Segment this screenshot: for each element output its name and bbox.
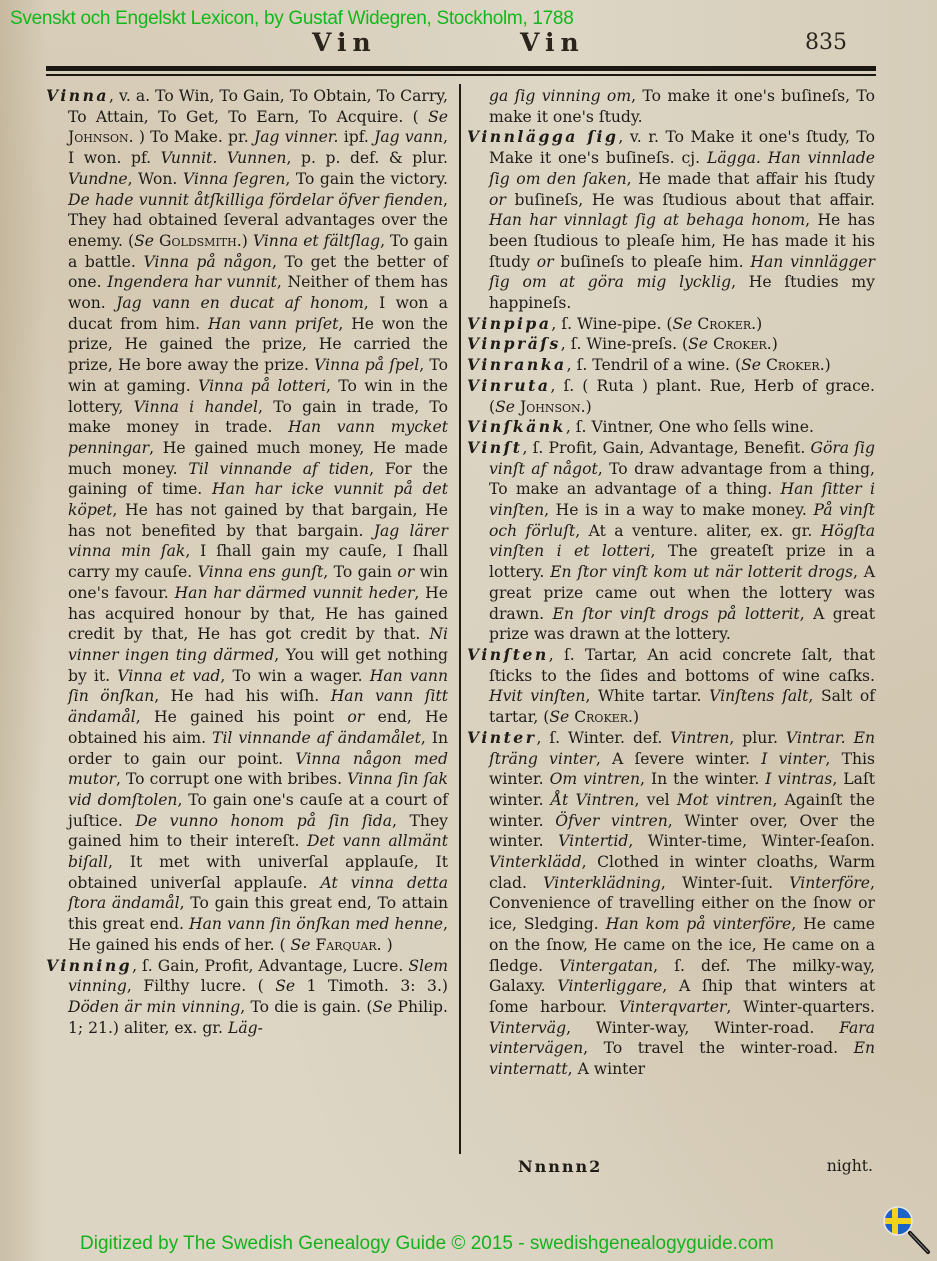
definition-text: , He is in a way to make money. xyxy=(544,501,813,519)
swedish-phrase: Hvit vinſten xyxy=(489,687,585,705)
swedish-phrase: Se xyxy=(741,356,761,374)
definition-text: , ſ. Winter. def. xyxy=(536,729,670,747)
headword: Vinſt xyxy=(467,438,523,457)
headword: Vinna xyxy=(46,86,109,105)
swedish-phrase: Han vann ſin önſkan med henne xyxy=(189,915,443,933)
definition-text: , At a venture. aliter, ex. gr. xyxy=(575,522,820,540)
definition-text: buſineſs, He was ſtudious about that aff… xyxy=(506,191,875,209)
swedish-phrase: De hade vunnit åtſkilliga fördelar öfver… xyxy=(68,191,443,209)
dictionary-entry: Vinpräſs, ſ. Wine-preſs. (Se Croker.) xyxy=(467,334,875,355)
definition-text: , ſ. Gain, Profit, Advantage, Lucre. xyxy=(132,957,408,975)
definition-text: , To gain the victory. xyxy=(285,170,448,188)
swedish-phrase: Ingendera har vunnit xyxy=(107,273,277,291)
swedish-phrase: or xyxy=(397,563,414,581)
headword: Vinter xyxy=(467,728,536,747)
swedish-phrase: Vinterqvarter xyxy=(619,998,726,1016)
headword: Vinning xyxy=(46,956,132,975)
swedish-phrase: or xyxy=(347,708,364,726)
definition-text: , ſ. Profit, Gain, Advantage, Benefit. xyxy=(523,439,811,457)
swedish-phrase: Jag vann xyxy=(374,128,443,146)
definition-text: , To gain xyxy=(323,563,397,581)
swedish-phrase: I vintras xyxy=(765,770,832,788)
reference-source: Farquar. xyxy=(315,936,381,954)
definition-text: , In the winter. xyxy=(640,770,765,788)
reference-source: Croker. xyxy=(713,335,772,353)
definition-text: , Winter-quarters. xyxy=(726,998,875,1016)
magnifier-with-swedish-flag-icon xyxy=(880,1203,932,1255)
swedish-phrase: Läg- xyxy=(228,1019,263,1037)
swedish-phrase: Jag vann en ducat af honom xyxy=(116,294,364,312)
swedish-phrase: Vintertid xyxy=(558,832,628,850)
definition-text: , ſ. Wine-pipe. ( xyxy=(551,315,672,333)
definition-text: ) To Make. pr. xyxy=(134,128,254,146)
swedish-phrase: Vinna på lotteri xyxy=(198,377,326,395)
swedish-phrase: Åt Vintren xyxy=(551,791,635,809)
headword: Vinſten xyxy=(467,645,549,664)
definition-text: , He made that affair his ſtudy xyxy=(627,170,875,188)
swedish-phrase: Vinterföre xyxy=(789,874,870,892)
reference-source: Johnson. xyxy=(68,128,134,146)
headword: Vinpipa xyxy=(467,314,551,333)
swedish-phrase: Vundne xyxy=(68,170,128,188)
swedish-phrase: I vinter xyxy=(761,750,825,768)
definition-text: , He had his wiſh. xyxy=(154,687,330,705)
definition-text: , v. a. To Win, To Gain, To Obtain, To C… xyxy=(68,87,448,126)
dictionary-entry: Vinſten, ſ. Tartar, An acid concrete ſal… xyxy=(467,645,875,728)
right-column: ga ſig vinning om, To make it one's buſi… xyxy=(467,86,875,1080)
swedish-phrase: Vinna ſegren xyxy=(183,170,286,188)
catchword: night. xyxy=(827,1157,873,1175)
reference-source: Croker. xyxy=(697,315,756,333)
swedish-phrase: Vinna et fältſlag xyxy=(253,232,380,250)
swedish-phrase: Se xyxy=(428,108,448,126)
definition-text: , ſ. Vintner, One who ſells wine. xyxy=(566,418,814,436)
dictionary-entry: Vinranka, ſ. Tendril of a wine. (Se Crok… xyxy=(467,355,875,376)
dictionary-entry: Vinruta, ſ. ( Ruta ) plant. Rue, Herb of… xyxy=(467,376,875,417)
definition-text xyxy=(761,149,768,167)
swedish-phrase: Han kom på vinterföre xyxy=(606,915,791,933)
swedish-phrase: Se xyxy=(495,398,515,416)
reference-source: Croker. xyxy=(766,356,825,374)
entry-continuation: ga ſig vinning om, To make it one's buſi… xyxy=(467,86,875,127)
reference-source: Goldsmith. xyxy=(159,232,242,250)
headword: Vinpräſs xyxy=(467,334,561,353)
left-column: Vinna, v. a. To Win, To Gain, To Obtain,… xyxy=(46,86,448,1038)
definition-text: , White tartar. xyxy=(585,687,709,705)
definition-text: , ſ. Wine-preſs. ( xyxy=(561,335,688,353)
definition-text: , To die is gain. ( xyxy=(240,998,372,1016)
swedish-phrase: Han har därmed vunnit heder xyxy=(175,584,415,602)
definition-text: 1 Timoth. 3: 3.) xyxy=(295,977,448,995)
dictionary-entry: Vinter, ſ. Winter. def. Vintren, plur. V… xyxy=(467,728,875,1080)
swedish-phrase: Vintergatan xyxy=(559,957,653,975)
definition-text: , vel xyxy=(635,791,677,809)
swedish-phrase: Lägga. xyxy=(707,149,761,167)
running-head-right: Vin xyxy=(520,28,585,57)
definition-text: ) xyxy=(382,936,393,954)
definition-text: , Winter-ſuit. xyxy=(661,874,789,892)
headword: Vinnlägga ſig xyxy=(467,127,618,146)
swedish-phrase: Vinna på ſpel xyxy=(314,356,419,374)
swedish-phrase: Se xyxy=(275,977,295,995)
definition-text: ) xyxy=(586,398,592,416)
definition-text: , He gained his point xyxy=(136,708,348,726)
swedish-phrase: Vintren xyxy=(670,729,729,747)
definition-text: , A ſevere winter. xyxy=(596,750,761,768)
swedish-phrase: Se xyxy=(134,232,154,250)
swedish-phrase: Vinterklädd xyxy=(489,853,582,871)
definition-text: , To travel the winter-road. xyxy=(583,1039,853,1057)
swedish-phrase: Se xyxy=(688,335,708,353)
definition-text: buſineſs to pleaſe him. xyxy=(554,253,751,271)
definition-text: , plur. xyxy=(729,729,786,747)
definition-text: , p. p. def. & plur. xyxy=(286,149,448,167)
swedish-phrase: Döden är min vinning xyxy=(68,998,240,1016)
swedish-phrase: Vunnit. Vunnen xyxy=(161,149,287,167)
swedish-phrase: Vinna på någon xyxy=(143,253,272,271)
swedish-phrase: Vinterklädning xyxy=(543,874,661,892)
swedish-phrase: or xyxy=(489,191,506,209)
definition-text: , Won. xyxy=(128,170,183,188)
swedish-phrase: Jag vinner. xyxy=(254,128,339,146)
swedish-phrase: Til vinnande af tiden xyxy=(188,460,369,478)
header-rule-thin xyxy=(46,74,876,76)
dictionary-entry: Vinna, v. a. To Win, To Gain, To Obtain,… xyxy=(46,86,448,956)
printer-signature: Nnnnn2 xyxy=(518,1157,602,1176)
definition-text: , A winter xyxy=(568,1060,645,1078)
swedish-phrase: Öfver vintren xyxy=(555,812,668,830)
definition-text: ) xyxy=(242,232,253,250)
definition-text: , To win a wager. xyxy=(220,667,369,685)
swedish-phrase: En ſtor vinſt drogs på lotterit xyxy=(553,605,800,623)
reference-source: Johnson. xyxy=(520,398,586,416)
definition-text: ) xyxy=(633,708,639,726)
page-number: 835 xyxy=(805,30,847,55)
dictionary-entry: Vinpipa, ſ. Wine-pipe. (Se Croker.) xyxy=(467,314,875,335)
definition-text: ) xyxy=(825,356,831,374)
dictionary-entry: Vinſt, ſ. Profit, Gain, Advantage, Benef… xyxy=(467,438,875,645)
reference-source: Croker. xyxy=(574,708,633,726)
swedish-phrase: Vinna i handel xyxy=(134,398,258,416)
definition-text: , ſ. Tendril of a wine. ( xyxy=(567,356,741,374)
header-rule xyxy=(46,66,876,71)
swedish-phrase: Vinna ens gunſt xyxy=(198,563,324,581)
headword: Vinruta xyxy=(467,376,550,395)
digitizer-footer: Digitized by The Swedish Genealogy Guide… xyxy=(80,1233,774,1255)
running-head-left: Vin xyxy=(312,28,377,57)
swedish-phrase: Han vann priſet xyxy=(208,315,338,333)
swedish-phrase: Vinna et vad xyxy=(117,667,220,685)
definition-text: , To corrupt one with bribes. xyxy=(116,770,347,788)
dictionary-entry: Vinnlägga ſig, v. r. To Make it one's ſt… xyxy=(467,127,875,313)
definition-text: , Winter-way, Winter-road. xyxy=(566,1019,839,1037)
swedish-phrase: Se xyxy=(291,936,311,954)
definition-text: ) xyxy=(756,315,762,333)
collection-title: Svenskt och Engelskt Lexicon, by Gustaf … xyxy=(10,8,573,30)
dictionary-entry: Vinning, ſ. Gain, Profit, Advantage, Luc… xyxy=(46,956,448,1039)
dictionary-entry: Vinſkänk, ſ. Vintner, One who ſells wine… xyxy=(467,417,875,438)
swedish-phrase: Se xyxy=(549,708,569,726)
swedish-phrase: Vinterliggare xyxy=(557,977,662,995)
swedish-phrase: Vinterväg xyxy=(489,1019,566,1037)
swedish-phrase: De vunno honom på ſin ſida xyxy=(135,812,392,830)
definition-text: , Winter-time, Winter-ſeaſon. xyxy=(628,832,875,850)
swedish-phrase: Vinſtens ſalt xyxy=(709,687,808,705)
headword: Vinſkänk xyxy=(467,417,566,436)
swedish-phrase: Se xyxy=(672,315,692,333)
definition-text: ipf. xyxy=(339,128,375,146)
swedish-phrase: Om vintren xyxy=(550,770,640,788)
swedish-phrase: ga ſig vinning om xyxy=(489,87,631,105)
headword: Vinranka xyxy=(467,355,567,374)
definition-text: ) xyxy=(772,335,778,353)
swedish-phrase: or xyxy=(537,253,554,271)
swedish-phrase: Han har vinnlagt ſig at behaga honom xyxy=(489,211,805,229)
swedish-phrase: Til vinnande af ändamålet xyxy=(212,729,421,747)
column-divider xyxy=(459,84,461,1154)
swedish-phrase: Se xyxy=(372,998,392,1016)
definition-text: , Filthy lucre. ( xyxy=(127,977,275,995)
swedish-phrase: Mot vintren xyxy=(677,791,773,809)
swedish-phrase: En ſtor vinſt kom ut när lotterit drogs xyxy=(550,563,853,581)
